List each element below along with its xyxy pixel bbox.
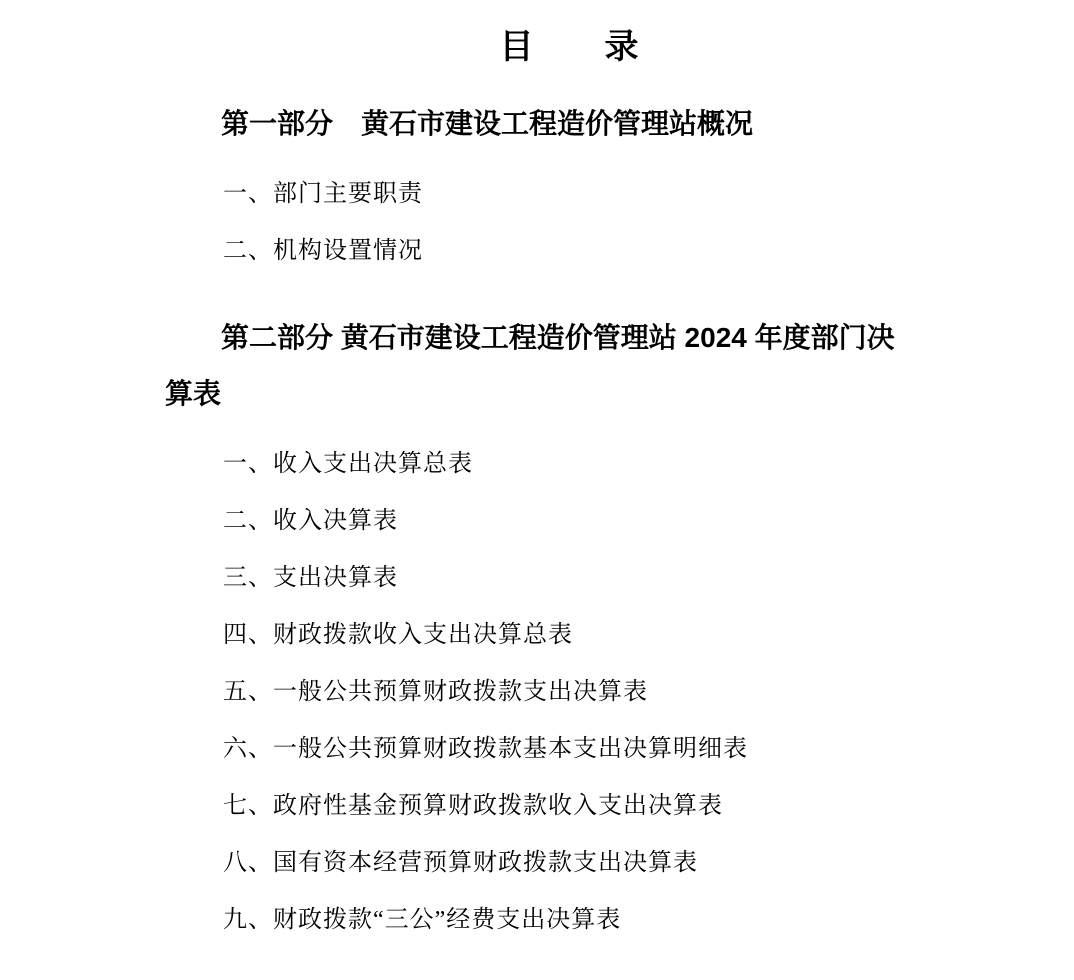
- toc-entry: 九、财政拨款“三公”经费支出决算表: [165, 892, 906, 949]
- section-part-2: 第二部分 黄石市建设工程造价管理站 2024 年度部门决算表 一、收入支出决算总…: [165, 310, 906, 949]
- page-title: 目 录: [165, 24, 906, 70]
- toc-entry: 六、一般公共预算财政拨款基本支出决算明细表: [165, 721, 906, 778]
- part-2-toc-list: 一、收入支出决算总表 二、收入决算表 三、支出决算表 四、财政拨款收入支出决算总…: [165, 436, 906, 949]
- part-1-heading: 第一部分 黄石市建设工程造价管理站概况: [165, 96, 906, 152]
- document-page: 目 录 第一部分 黄石市建设工程造价管理站概况 一、部门主要职责 二、机构设置情…: [0, 0, 1074, 980]
- section-part-1: 第一部分 黄石市建设工程造价管理站概况 一、部门主要职责 二、机构设置情况: [165, 96, 906, 280]
- toc-entry: 二、收入决算表: [165, 493, 906, 550]
- toc-entry: 一、部门主要职责: [165, 166, 906, 223]
- toc-entry: 五、一般公共预算财政拨款支出决算表: [165, 664, 906, 721]
- toc-entry: 八、国有资本经营预算财政拨款支出决算表: [165, 835, 906, 892]
- toc-entry: 二、机构设置情况: [165, 223, 906, 280]
- toc-entry: 七、政府性基金预算财政拨款收入支出决算表: [165, 778, 906, 835]
- toc-entry: 四、财政拨款收入支出决算总表: [165, 607, 906, 664]
- toc-entry: 一、收入支出决算总表: [165, 436, 906, 493]
- part-1-toc-list: 一、部门主要职责 二、机构设置情况: [165, 166, 906, 280]
- toc-entry: 三、支出决算表: [165, 550, 906, 607]
- part-2-heading: 第二部分 黄石市建设工程造价管理站 2024 年度部门决算表: [165, 310, 906, 422]
- page-title-text: 目 录: [500, 28, 640, 66]
